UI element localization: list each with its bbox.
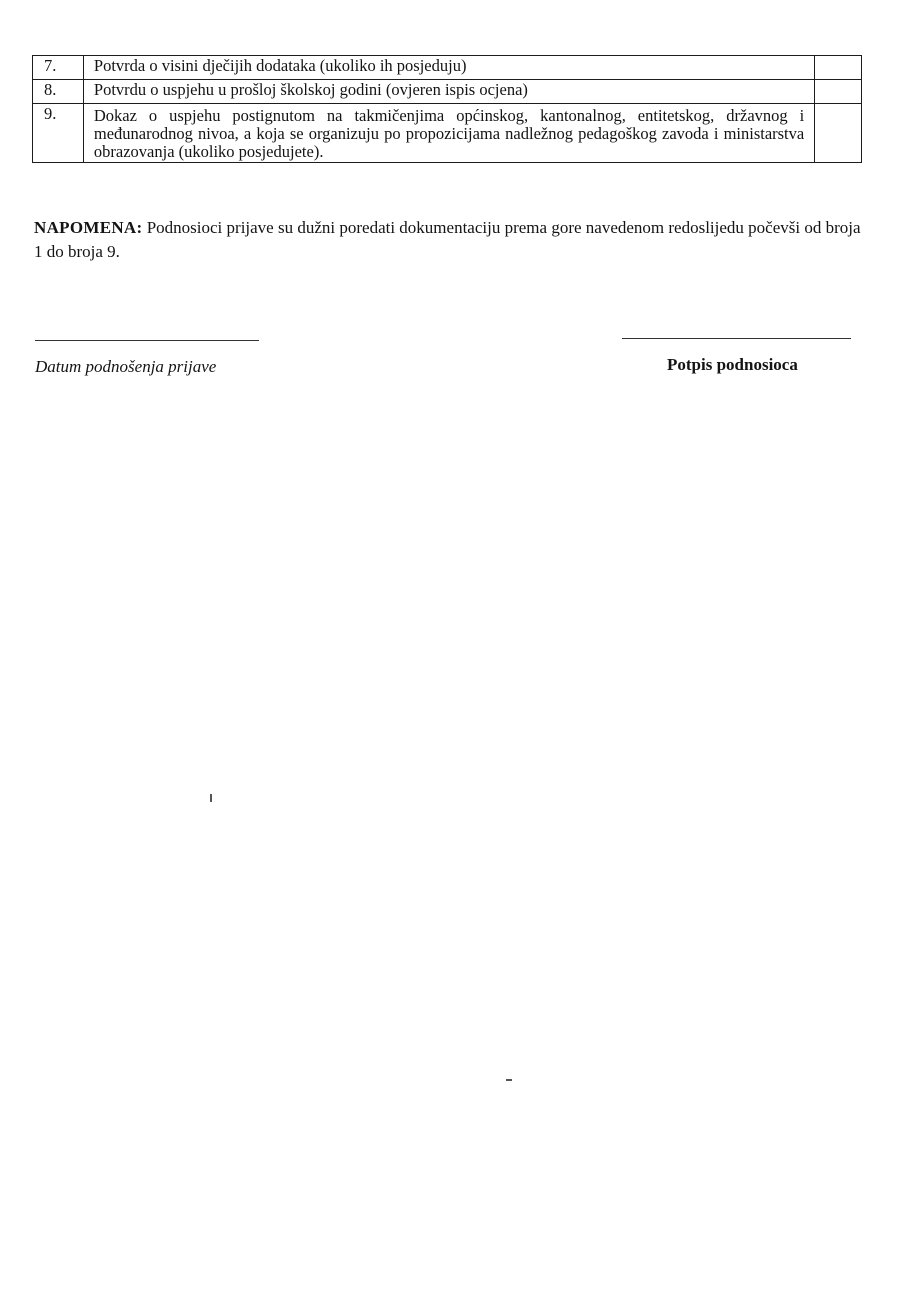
row-description: Dokaz o uspjehu postignutom na takmičenj… (83, 104, 814, 163)
signature-label: Potpis podnosioca (667, 355, 798, 375)
note-text: Podnosioci prijave su dužni poredati dok… (34, 218, 861, 261)
scan-artifact-mark (506, 1079, 512, 1081)
applicant-signature-line (622, 338, 851, 339)
date-signature-line (35, 340, 259, 341)
table-row: 8. Potvrdu o uspjehu u prošloj školskoj … (33, 80, 862, 104)
row-number: 8. (33, 80, 84, 104)
row-check-cell[interactable] (815, 80, 862, 104)
date-label: Datum podnošenja prijave (35, 357, 216, 377)
table-row: 9. Dokaz o uspjehu postignutom na takmič… (33, 104, 862, 163)
row-number: 7. (33, 56, 84, 80)
row-check-cell[interactable] (815, 104, 862, 163)
note-paragraph: NAPOMENA: Podnosioci prijave su dužni po… (34, 216, 864, 264)
row-check-cell[interactable] (815, 56, 862, 80)
row-description: Potvrdu o uspjehu u prošloj školskoj god… (83, 80, 814, 104)
table-row: 7. Potvrda o visini dječijih dodataka (u… (33, 56, 862, 80)
row-description: Potvrda o visini dječijih dodataka (ukol… (83, 56, 814, 80)
documents-checklist-table: 7. Potvrda o visini dječijih dodataka (u… (32, 55, 862, 163)
scan-artifact-mark (210, 794, 212, 802)
note-label: NAPOMENA: (34, 218, 142, 237)
row-number: 9. (33, 104, 84, 163)
